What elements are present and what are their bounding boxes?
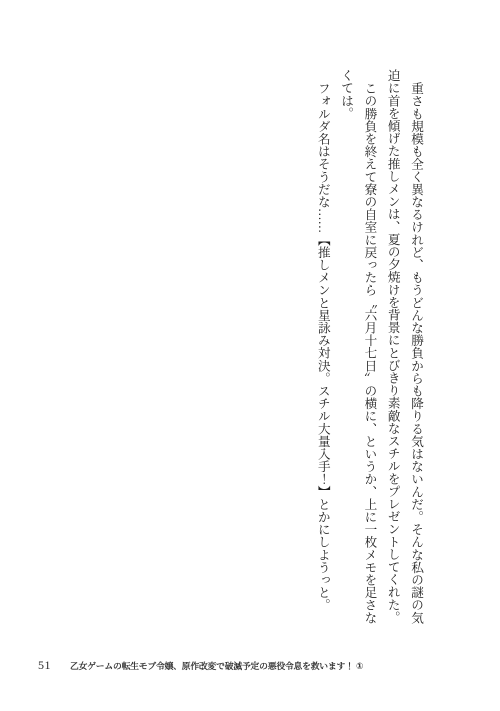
page-footer: 51 乙女ゲームの転生モブ令嬢、原作改変で破滅予定の悪役令息を救います！ ①	[38, 658, 363, 673]
paragraph-3: フォルダ名はそうだな……【推しメンと星詠み対決。スチル大量入手！】とかにしようっ…	[311, 69, 334, 624]
body-text-block: 重さも規模も全く異なるけれど、もうどんな勝負からも降りる気はないんだ。そんな私の…	[311, 69, 427, 624]
paragraph-2: この勝負を終えて寮の自室に戻ったら〝六月十七日〟の横に、というか、上に一枚メモを…	[334, 69, 381, 624]
paragraph-1: 重さも規模も全く異なるけれど、もうどんな勝負からも降りる気はないんだ。そんな私の…	[380, 69, 427, 624]
page-number: 51	[38, 658, 51, 673]
running-title: 乙女ゲームの転生モブ令嬢、原作改変で破滅予定の悪役令息を救います！ ①	[70, 659, 363, 672]
book-page: 重さも規模も全く異なるけれど、もうどんな勝負からも降りる気はないんだ。そんな私の…	[0, 0, 500, 711]
